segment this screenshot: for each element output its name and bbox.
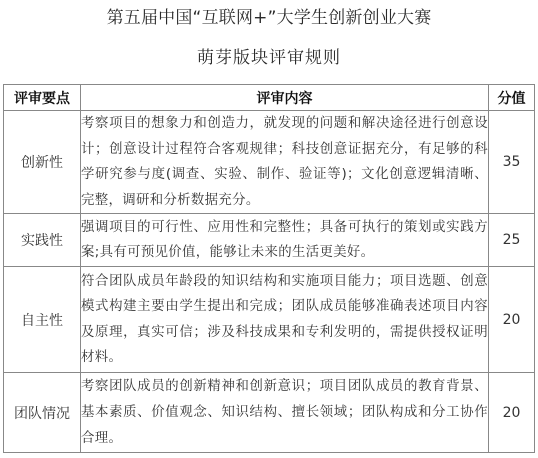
header-score: 分值	[489, 85, 535, 111]
criterion-cell: 团队情况	[4, 373, 81, 453]
content-cell: 符合团队成员年龄段的知识结构和实施项目能力；项目选题、创意模式构建主要由学生提出…	[81, 267, 489, 373]
table-header-row: 评审要点 评审内容 分值	[4, 85, 535, 111]
score-cell: 35	[489, 111, 535, 214]
table-row: 实践性 强调项目的可行性、应用性和完整性；具备可执行的策划或实践方案;具有可预见…	[4, 214, 535, 267]
header-content: 评审内容	[81, 85, 489, 111]
table-row: 创新性 考察项目的想象力和创造力，就发现的问题和解决途径进行创意设计；创意设计过…	[4, 111, 535, 214]
evaluation-rules-table: 评审要点 评审内容 分值 创新性 考察项目的想象力和创造力，就发现的问题和解决途…	[3, 84, 535, 453]
document-title: 第五届中国“互联网+”大学生创新创业大赛	[0, 6, 538, 30]
table-row: 自主性 符合团队成员年龄段的知识结构和实施项目能力；项目选题、创意模式构建主要由…	[4, 267, 535, 373]
header-criterion: 评审要点	[4, 85, 81, 111]
criterion-cell: 创新性	[4, 111, 81, 214]
score-cell: 20	[489, 267, 535, 373]
document-subtitle: 萌芽版块评审规则	[0, 46, 538, 70]
criterion-cell: 实践性	[4, 214, 81, 267]
criterion-cell: 自主性	[4, 267, 81, 373]
content-cell: 考察项目的想象力和创造力，就发现的问题和解决途径进行创意设计；创意设计过程符合客…	[81, 111, 489, 214]
score-cell: 20	[489, 373, 535, 453]
table-row: 团队情况 考察团队成员的创新精神和创新意识；项目团队成员的教育背景、基本素质、价…	[4, 373, 535, 453]
score-cell: 25	[489, 214, 535, 267]
content-cell: 强调项目的可行性、应用性和完整性；具备可执行的策划或实践方案;具有可预见价值，能…	[81, 214, 489, 267]
content-cell: 考察团队成员的创新精神和创新意识；项目团队成员的教育背景、基本素质、价值观念、知…	[81, 373, 489, 453]
